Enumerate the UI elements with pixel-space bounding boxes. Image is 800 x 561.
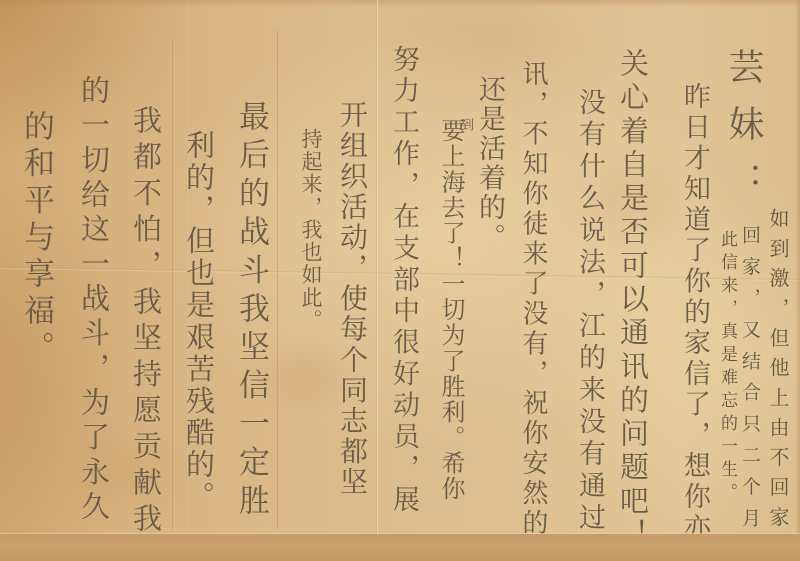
red-ruled-line	[172, 40, 173, 530]
letter-side-note: 此信来，真是难忘的一生。	[716, 230, 737, 500]
letter-body-line: 没有什么说法，江的来没有通过	[571, 88, 605, 530]
letter-body-line: 的和平与享福。	[15, 110, 54, 362]
letter-paper: 如到激，但他上由不回家到 回家，又结合只二个月就 此信来，真是难忘的一生。 芸妹…	[0, 0, 800, 561]
letter-body-line: 讯，不知你徒来了没有，祝你安然的	[515, 60, 548, 535]
letter-body-line: 要上海去了！一切为了胜利。希你	[435, 118, 465, 500]
paper-right-edge	[795, 0, 800, 561]
letter-body-line: 利的，但也是艰苦残酷的。	[180, 130, 216, 510]
letter-body-line: 关心着自是否可以通讯的问题吧！	[614, 48, 650, 548]
letter-body-line: 开组织活动，使每个同志都坚	[334, 100, 369, 495]
letter-salutation: 芸妹：	[720, 48, 765, 198]
paper-bottom-edge	[0, 534, 800, 561]
letter-side-note: 回家，又结合只二个月就	[737, 225, 761, 558]
letter-body-line: 昨日才知道了你的家信了，想你亦	[676, 82, 710, 540]
letter-body-line: 持起来，我也如此。	[296, 128, 323, 330]
red-ruled-line	[277, 30, 278, 530]
letter-body-line: 最后的战斗我坚信一定胜	[230, 100, 269, 515]
letter-body-line: 我都不怕，我坚持愿贡献我	[127, 105, 163, 532]
letter-body-line: 还是活着的。	[471, 75, 505, 250]
paper-fold-crease-vertical	[376, 0, 379, 535]
letter-body-line: 的一切给这一战斗，为了永久	[75, 75, 111, 520]
letter-body-line: 努力工作，在支部中很好动员，展	[385, 45, 419, 512]
paper-top-edge	[0, 0, 800, 8]
letter-side-note: 如到激，但他上由不回家到	[765, 208, 790, 556]
